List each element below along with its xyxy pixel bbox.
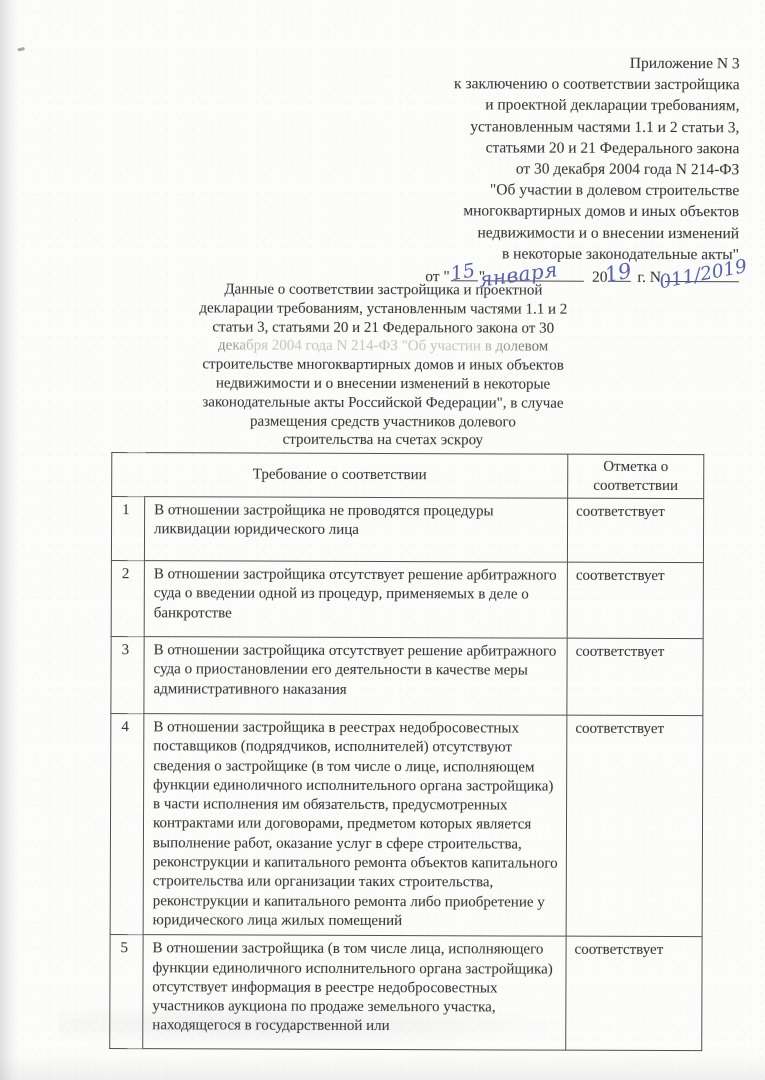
compliance-table: Требование о соответствии Отметка о соот… [109,452,704,1051]
table-row: 4 В отношении застройщика в реестрах нед… [110,714,703,937]
appendix-header-line: к заключению о соответствии застройщика [426,73,740,95]
date-number-blank: 011/2019 [665,266,739,282]
date-year-blank: 19 [607,266,630,282]
requirement-text: В отношении застройщика отсутствует реше… [144,637,567,715]
row-number: 3 [111,637,144,714]
appendix-header-line: многоквартирных домов и иных объектов [425,201,739,223]
table-row: 3 В отношении застройщика отсутствует ре… [111,637,703,716]
requirement-text: В отношении застройщика отсутствует реше… [144,561,567,638]
column-header-mark: Отметка о соответствии [568,454,704,498]
scan-artifact-mark [17,47,24,51]
compliance-mark: соответствует [566,715,703,937]
title-line: строительства на счетах эскроу [0,430,765,451]
appendix-header: Приложение N 3 к заключению о соответств… [425,52,739,288]
appendix-header-line: "Об участии в долевом строительстве [426,179,740,201]
scanned-document-page: Приложение N 3 к заключению о соответств… [0,0,765,1080]
compliance-mark: соответствует [567,638,703,715]
date-month-blank: января [487,265,584,281]
compliance-mark: соответствует [566,936,702,1050]
appendix-header-line: и проектной декларации требованиям, [426,95,740,117]
appendix-header-line: статьями 20 и 21 Федерального закона [426,137,740,159]
row-number: 5 [110,935,143,1049]
table-header-row: Требование о соответствии Отметка о соот… [112,453,704,499]
table-row: 5 В отношении застройщика (в том числе л… [110,935,702,1051]
document-title: Данные о соответствии застройщика и прое… [0,280,765,452]
requirement-text: В отношении застройщика не проводятся пр… [144,497,567,562]
table-row: 1 В отношении застройщика не проводятся … [111,497,703,563]
appendix-header-line: от 30 декабря 2004 года N 214-ФЗ [426,158,740,180]
appendix-header-line: в некоторые законодательные акты" [425,243,739,265]
row-number: 2 [111,561,144,637]
row-number: 1 [111,497,144,561]
compliance-mark: соответствует [567,498,703,562]
column-header-requirement: Требование о соответствии [112,453,568,499]
compliance-mark: соответствует [567,562,703,638]
appendix-header-line: недвижимости и о внесении изменений [425,222,739,244]
page-content: Приложение N 3 к заключению о соответств… [0,0,765,1080]
appendix-header-line: Приложение N 3 [426,52,740,74]
requirement-text: В отношении застройщика (в том числе лиц… [143,935,566,1050]
table-row: 2 В отношении застройщика отсутствует ре… [111,561,703,639]
row-number: 4 [110,714,144,935]
requirement-text: В отношении застройщика в реестрах недоб… [143,714,567,937]
date-day-blank: 15 [451,265,478,281]
appendix-header-line: установленным частями 1.1 и 2 статьи 3, [426,116,740,138]
